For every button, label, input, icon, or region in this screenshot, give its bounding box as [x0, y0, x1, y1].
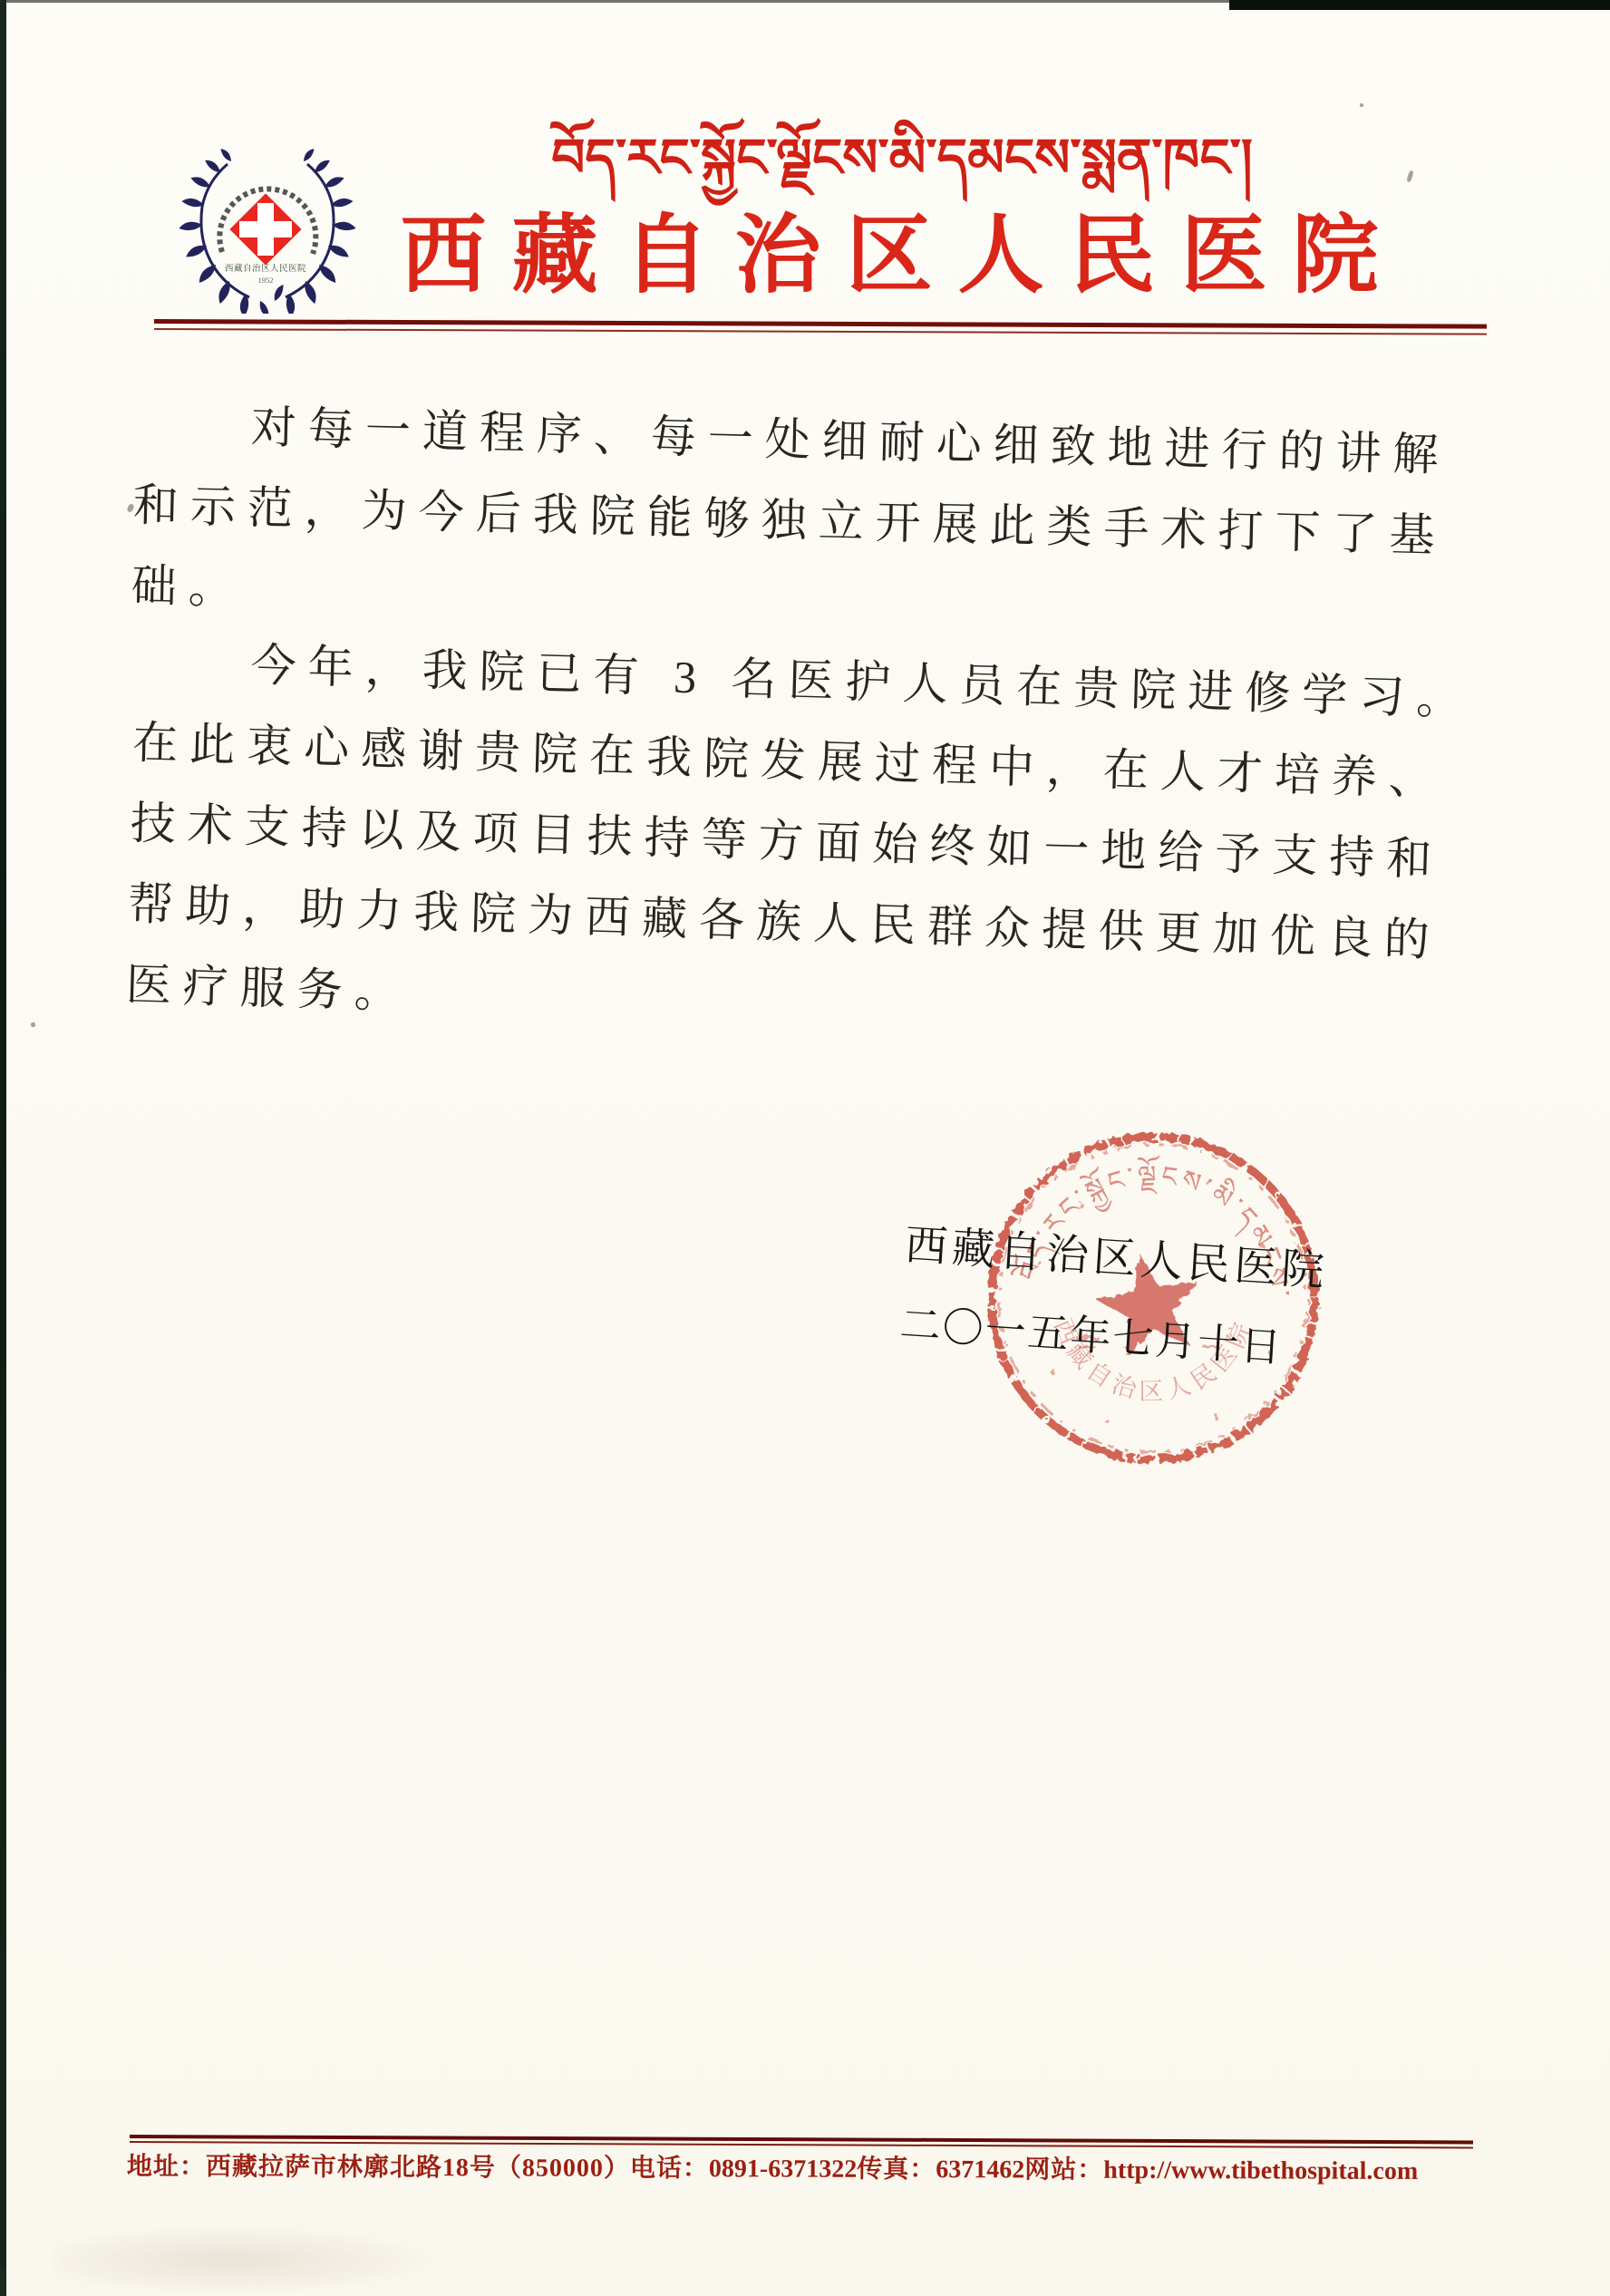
paragraph-2: 今年，我院已有 3 名医护人员在贵院进修学习。 在此衷心感谢贵院在我院发展过程中…: [125, 622, 1523, 1064]
paragraph-1: 对每一道程序、每一处细耐心细致地进行的讲解 和示范，为今后我院能够独立开展此类手…: [131, 384, 1523, 659]
scan-speck: [1360, 103, 1363, 107]
divider-thick-line: [154, 319, 1487, 329]
phone-label: 电话：: [630, 2155, 709, 2183]
hospital-name-chinese: 西藏自治区人民医院: [376, 208, 1428, 304]
letterhead-divider: [154, 319, 1487, 335]
scanned-letter-page: 西藏自治区人民医院 1952 བོད་རང་སྐྱོང་ལྗོངས་མི་དམང…: [0, 0, 1610, 2296]
fax-value: 6371462: [936, 2156, 1024, 2184]
logo-founding-year: 1952: [258, 276, 274, 285]
scan-smudge: [54, 2225, 444, 2289]
footer-contact-line: 地址：西藏拉萨市林廓北路18号（850000）电话：0891-6371322传真…: [127, 2146, 1541, 2187]
scan-edge-left: [0, 0, 6, 2296]
website-label: 网站：: [1024, 2156, 1103, 2184]
scan-edge-top-right: [1229, 0, 1610, 10]
scan-edge-bottom-left: [0, 2270, 5, 2296]
fax-label: 传真：: [857, 2156, 936, 2184]
scan-speck: [31, 1022, 35, 1027]
hospital-logo-emblem: 西藏自治区人民医院 1952: [175, 141, 360, 314]
signature-block: 西藏自治区人民医院 二〇一五年七月十日: [898, 1220, 1330, 1375]
website-value: http://www.tibethospital.com: [1103, 2156, 1418, 2185]
divider-thin-line: [154, 328, 1487, 335]
hospital-name-tibetan: བོད་རང་སྐྱོང་ལྗོངས་མི་དམངས་སྨན་ཁང་།: [381, 123, 1423, 194]
address-label: 地址：: [127, 2153, 206, 2181]
logo-ring-text: 西藏自治区人民医院: [225, 263, 306, 274]
address-value: 西藏拉萨市林廓北路18号（850000）: [206, 2153, 630, 2183]
red-cross-icon: [229, 193, 301, 265]
phone-value: 0891-6371322: [709, 2155, 857, 2184]
